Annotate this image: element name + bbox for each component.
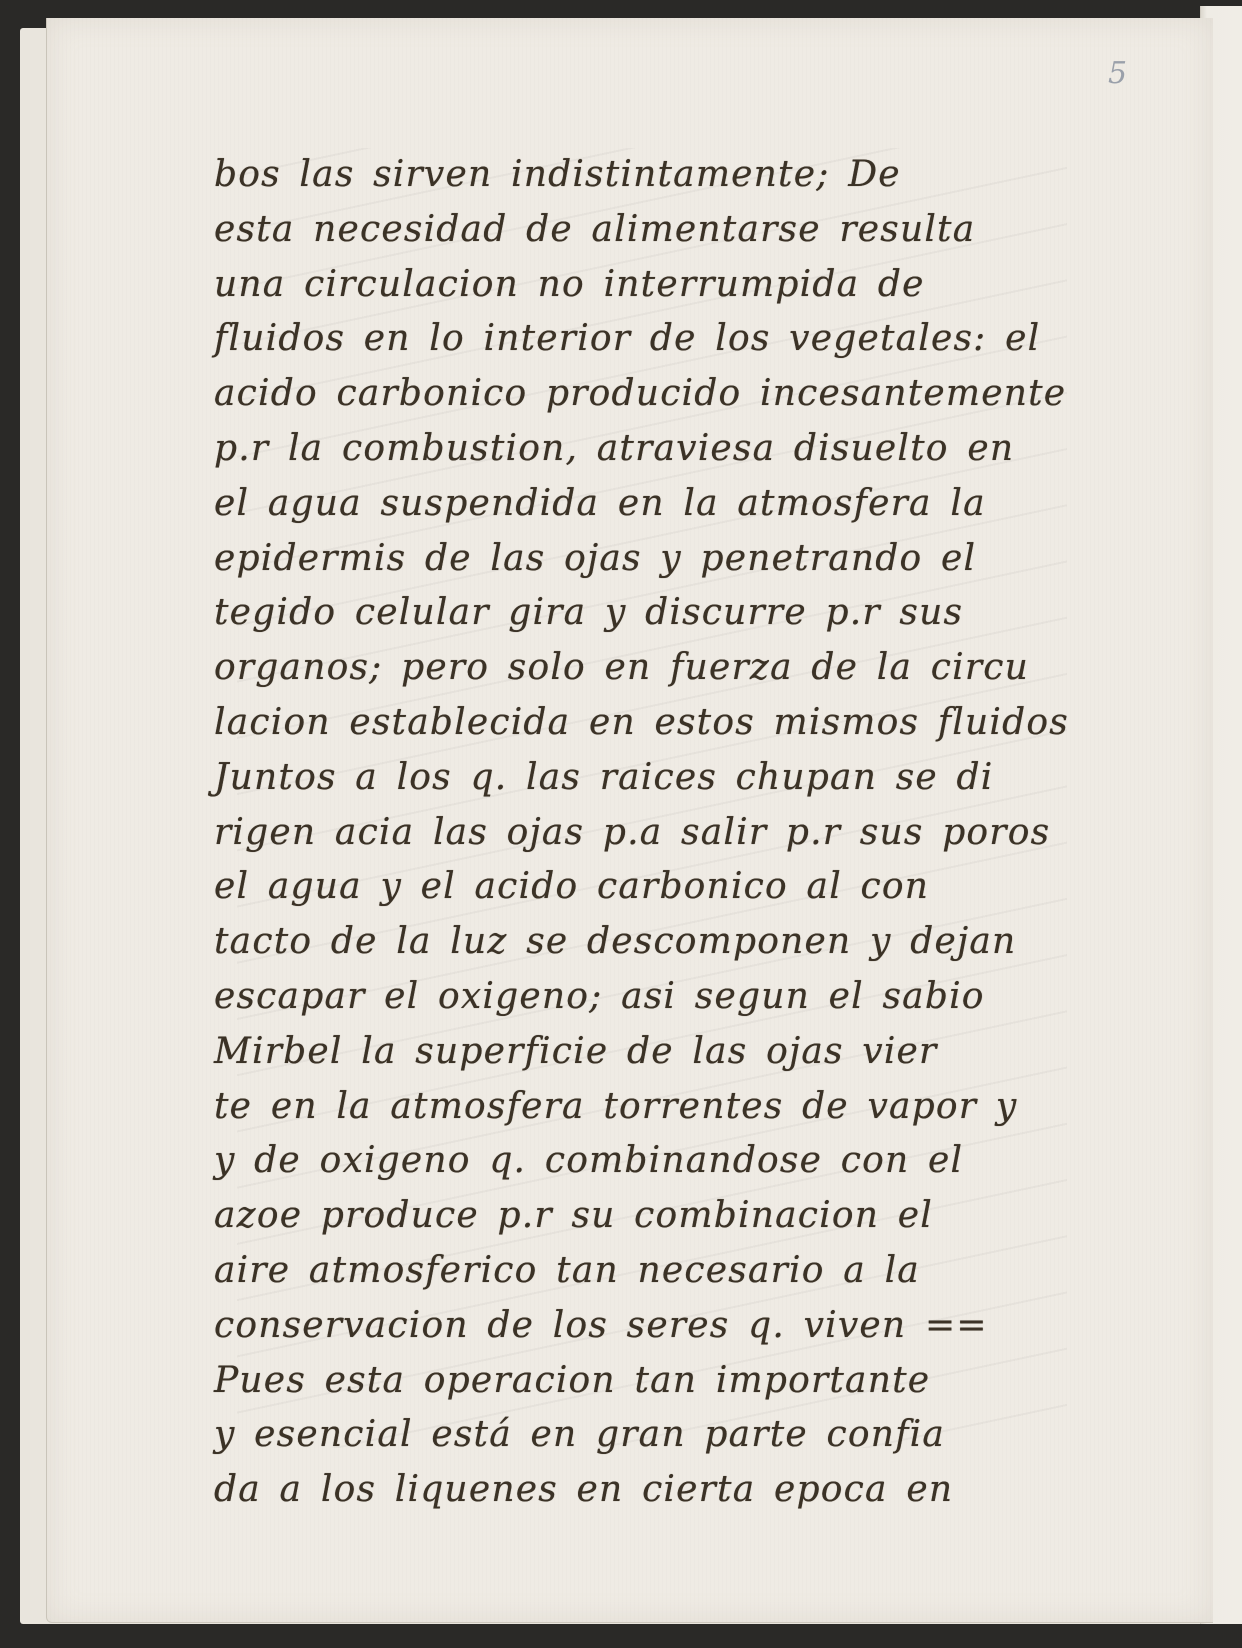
- scan-background: 5 bos las sirven indistintamente; De est…: [0, 0, 1242, 1648]
- text-line: rigen acia las ojas p.a salir p.r sus po…: [214, 806, 1004, 861]
- text-line: esta necesidad de alimentarse resulta: [214, 203, 1004, 258]
- text-line: y de oxigeno q. combinandose con el: [214, 1134, 1004, 1189]
- text-line: y esencial está en gran parte confia: [214, 1408, 1004, 1463]
- text-line: una circulacion no interrumpida de: [214, 258, 1004, 313]
- text-line: lacion establecida en estos mismos fluid…: [214, 696, 1004, 751]
- text-line: da a los liquenes en cierta epoca en: [214, 1463, 1004, 1518]
- text-line: Pues esta operacion tan importante: [214, 1354, 1004, 1409]
- text-line: bos las sirven indistintamente; De: [214, 148, 1004, 203]
- text-line: fluidos en lo interior de los vegetales:…: [214, 312, 1004, 367]
- text-line: te en la atmosfera torrentes de vapor y: [214, 1080, 1004, 1135]
- text-line: tegido celular gira y discurre p.r sus: [214, 586, 1004, 641]
- text-line: epidermis de las ojas y penetrando el: [214, 532, 1004, 587]
- text-line: escapar el oxigeno; asi segun el sabio: [214, 970, 1004, 1025]
- text-line: aire atmosferico tan necesario a la: [214, 1244, 1004, 1299]
- handwritten-text: bos las sirven indistintamente; De esta …: [214, 148, 1004, 1518]
- text-line: p.r la combustion, atraviesa disuelto en: [214, 422, 1004, 477]
- folio-number: 5: [1108, 56, 1127, 91]
- text-line: organos; pero solo en fuerza de la circu: [214, 641, 1004, 696]
- text-line: tacto de la luz se descomponen y dejan: [214, 915, 1004, 970]
- text-line: Juntos a los q. las raices chupan se di: [214, 751, 1004, 806]
- text-line: acido carbonico producido incesantemente: [214, 367, 1004, 422]
- text-line: el agua y el acido carbonico al con: [214, 860, 1004, 915]
- text-line: azoe produce p.r su combinacion el: [214, 1189, 1004, 1244]
- text-line: Mirbel la superficie de las ojas vier: [214, 1025, 1004, 1080]
- text-line: el agua suspendida en la atmosfera la: [214, 477, 1004, 532]
- text-line: conservacion de los seres q. viven ==: [214, 1299, 1004, 1354]
